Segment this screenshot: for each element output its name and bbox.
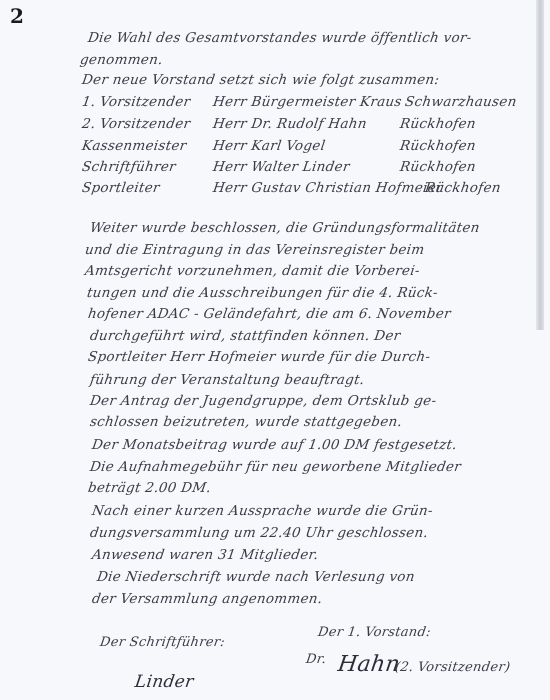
board-member-name: Herr Gustav Christian Hofmeier — [212, 180, 444, 196]
minutes-line: Nach einer kurzen Aussprache wurde die G… — [91, 503, 434, 519]
minutes-line: durchgeführt wird, stattfinden können. D… — [89, 328, 402, 344]
chairman-signature: Hahn — [336, 652, 401, 677]
minutes-line: beträgt 2.00 DM. — [87, 480, 212, 496]
election-line-1: Die Wahl des Gesamtvorstandes wurde öffe… — [87, 30, 473, 46]
minutes-line: Amtsgericht vorzunehmen, damit die Vorbe… — [84, 263, 421, 279]
board-intro: Der neue Vorstand setzt sich wie folgt z… — [81, 72, 441, 88]
board-member-name: Herr Dr. Rudolf Hahn — [212, 116, 368, 132]
minutes-line: Die Niederschrift wurde nach Verlesung v… — [96, 569, 416, 585]
board-member-role: Sportleiter — [81, 180, 161, 196]
board-member-place: Rückhofen — [399, 138, 477, 154]
board-member-role: Schriftführer — [81, 159, 177, 175]
minutes-line: dungsversammlung um 22.40 Uhr geschlosse… — [89, 525, 429, 541]
board-member-role: 1. Vorsitzender — [81, 94, 192, 110]
board-member-place: Rückhofen — [399, 159, 477, 175]
minutes-line: tungen und die Ausschreibungen für die 4… — [86, 285, 439, 301]
chairman-label: Der 1. Vorstand: — [317, 625, 432, 640]
minutes-line: Sportleiter Herr Hofmeier wurde für die … — [87, 349, 432, 365]
secretary-label: Der Schriftführer: — [99, 635, 226, 650]
chairman-note: (2. Vorsitzender) — [394, 660, 511, 675]
board-member-role: 2. Vorsitzender — [81, 116, 192, 132]
minutes-line: Anwesend waren 31 Mitglieder. — [91, 547, 320, 563]
secretary-signature: Linder — [134, 672, 195, 692]
board-member-place: Rückhofen — [399, 116, 477, 132]
minutes-line: schlossen beizutreten, wurde stattgegebe… — [89, 414, 403, 430]
board-member-name: Herr Bürgermeister Kraus — [212, 94, 403, 110]
board-member-role: Kassenmeister — [81, 138, 188, 154]
minutes-line: hofener ADAC - Geländefahrt, die am 6. N… — [87, 306, 452, 322]
chairman-prefix: Dr. — [305, 652, 327, 667]
page-number: 2 — [10, 4, 24, 28]
minutes-line: Die Aufnahmegebühr für neu geworbene Mit… — [89, 459, 462, 475]
board-member-name: Herr Walter Linder — [212, 159, 351, 175]
election-line-2: genommen. — [79, 52, 164, 68]
minutes-line: Weiter wurde beschlossen, die Gründungsf… — [89, 220, 481, 236]
minutes-line: und die Eintragung in das Vereinsregiste… — [84, 242, 426, 258]
board-member-place: Rückhofen — [424, 180, 502, 196]
board-member-place: Schwarzhausen — [404, 94, 518, 110]
minutes-line: Der Monatsbeitrag wurde auf 1.00 DM fest… — [91, 437, 458, 453]
scan-edge-shadow — [536, 0, 544, 330]
minutes-line: führung der Veranstaltung beauftragt. — [89, 372, 366, 388]
minutes-line: Der Antrag der Jugendgruppe, dem Ortsklu… — [89, 393, 438, 409]
minutes-line: der Versammlung angenommen. — [91, 591, 324, 607]
board-member-name: Herr Karl Vogel — [212, 138, 326, 154]
